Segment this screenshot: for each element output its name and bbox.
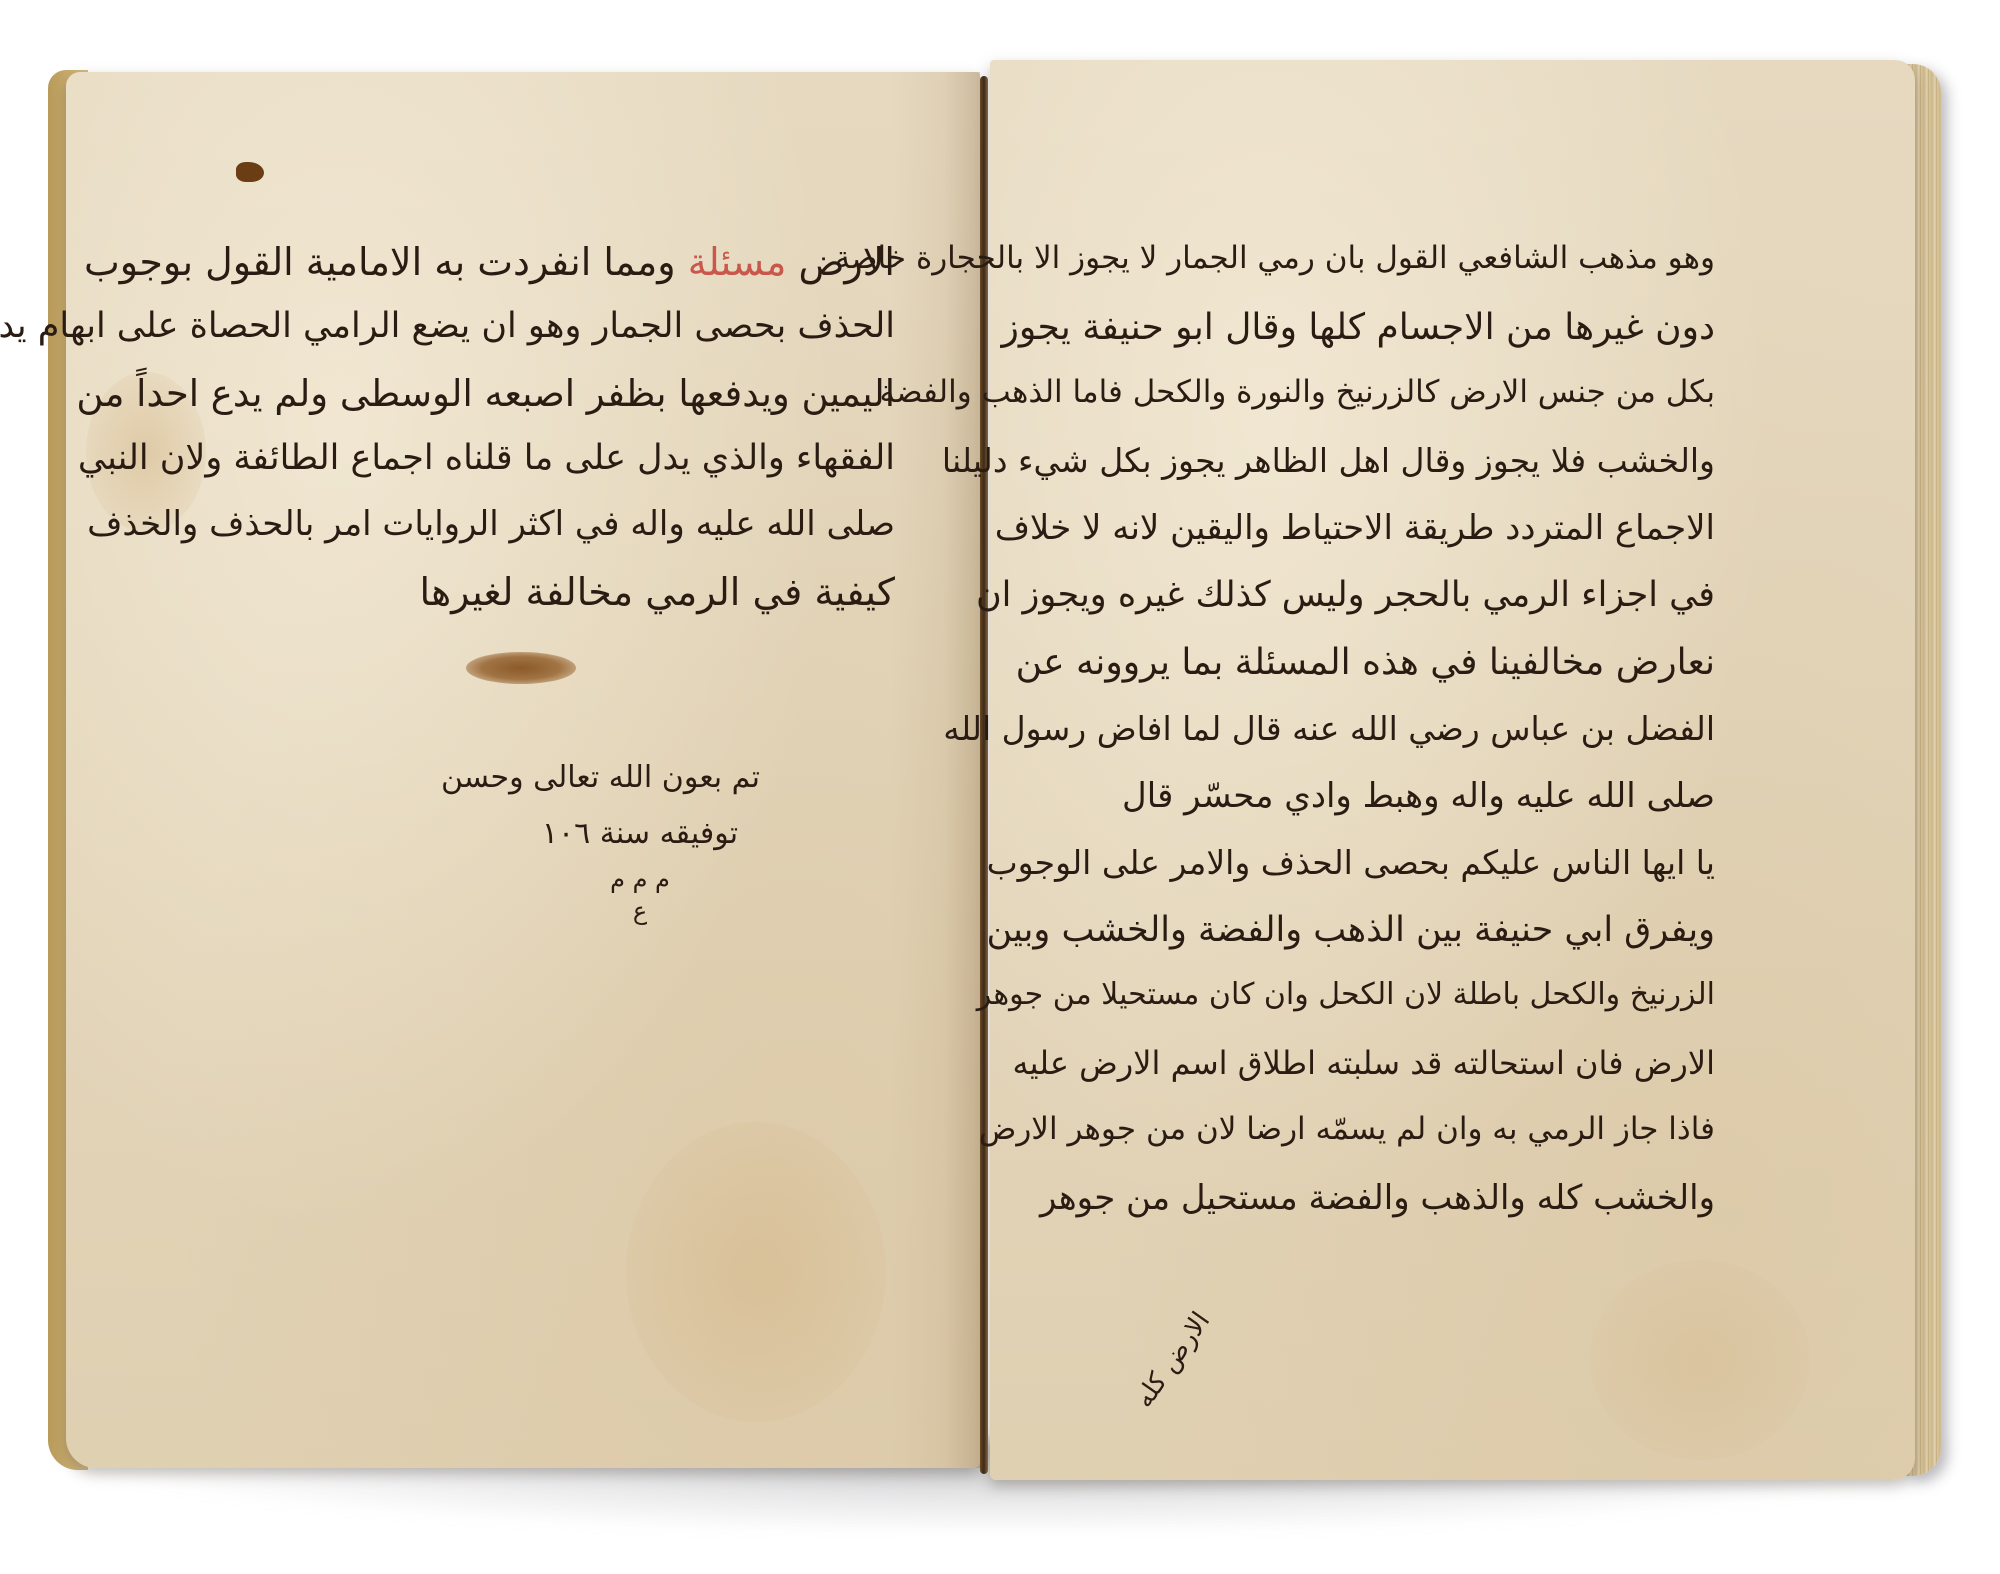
text-line: بكل من جنس الارض كالزرنيخ والنورة والكحل…: [879, 374, 1715, 410]
colophon-line: م م م: [520, 862, 760, 896]
text-line: الفضل بن عباس رضي الله عنه قال لما افاض …: [943, 709, 1715, 748]
text-fragment: ومما انفردت به الامامية القول بوجوب: [84, 240, 688, 284]
right-page-text: وهو مذهب الشافعي القول بان رمي الجمار لا…: [1075, 240, 1715, 1300]
colophon: تم بعون الله تعالى وحسن توفيقه سنة ١٠٦ م…: [520, 750, 760, 926]
text-line: وهو مذهب الشافعي القول بان رمي الجمار لا…: [835, 240, 1715, 276]
colophon-line: توفيقه سنة ١٠٦: [520, 806, 760, 862]
text-line: الاجماع المتردد طريقة الاحتياط واليقين ل…: [995, 508, 1715, 548]
text-line: الزرنيخ والكحل باطلة لان الكحل وان كان م…: [977, 977, 1715, 1012]
text-line: صلى الله عليه واله وهبط وادي محسّر قال: [1122, 776, 1715, 816]
water-stain-bottom: [626, 1122, 886, 1422]
text-line: الحذف بحصى الجمار وهو ان يضع الرامي الحص…: [0, 306, 895, 346]
open-manuscript-book: الارض مسئلة ومما انفردت به الامامية القو…: [0, 0, 2000, 1574]
colophon-line: تم بعون الله تعالى وحسن: [520, 750, 760, 806]
text-line: ويفرق ابي حنيفة بين الذهب والفضة والخشب …: [986, 910, 1715, 950]
rubric-heading: مسئلة: [688, 240, 787, 284]
text-line: اليمين ويدفعها بظفر اصبعه الوسطى ولم يدع…: [76, 372, 895, 415]
text-line: فاذا جاز الرمي به وان لم يسمّه ارضا لان …: [979, 1111, 1715, 1147]
text-line: والخشب كله والذهب والفضة مستحيل من جوهر: [1040, 1178, 1715, 1218]
text-line: في اجزاء الرمي بالحجر وليس كذلك غيره ويج…: [976, 575, 1715, 615]
text-line: الارض فان استحالته قد سلبته اطلاق اسم ال…: [1012, 1044, 1715, 1082]
text-line: دون غيرها من الاجسام كلها وقال ابو حنيفة…: [1002, 307, 1715, 348]
text-line: الارض مسئلة ومما انفردت به الامامية القو…: [84, 240, 895, 284]
spine-gutter: [980, 76, 988, 1474]
text-line: يا ايها الناس عليكم بحصى الحذف والامر عل…: [987, 843, 1715, 882]
ink-blot-top: [236, 162, 264, 182]
text-line: كيفية في الرمي مخالفة لغيرها: [419, 570, 895, 614]
text-line: صلى الله عليه واله في اكثر الروايات امر …: [87, 504, 895, 544]
left-page-text: الارض مسئلة ومما انفردت به الامامية القو…: [275, 240, 895, 700]
text-line: نعارض مخالفينا في هذه المسئلة بما يروونه…: [1016, 642, 1715, 683]
text-line: والخشب فلا يجوز وقال اهل الظاهر يجوز بكل…: [942, 441, 1715, 480]
text-line: الفقهاء والذي يدل على ما قلناه اجماع الط…: [78, 438, 895, 478]
gutter-fold: [890, 72, 980, 1468]
colophon-line: ع: [520, 896, 760, 926]
